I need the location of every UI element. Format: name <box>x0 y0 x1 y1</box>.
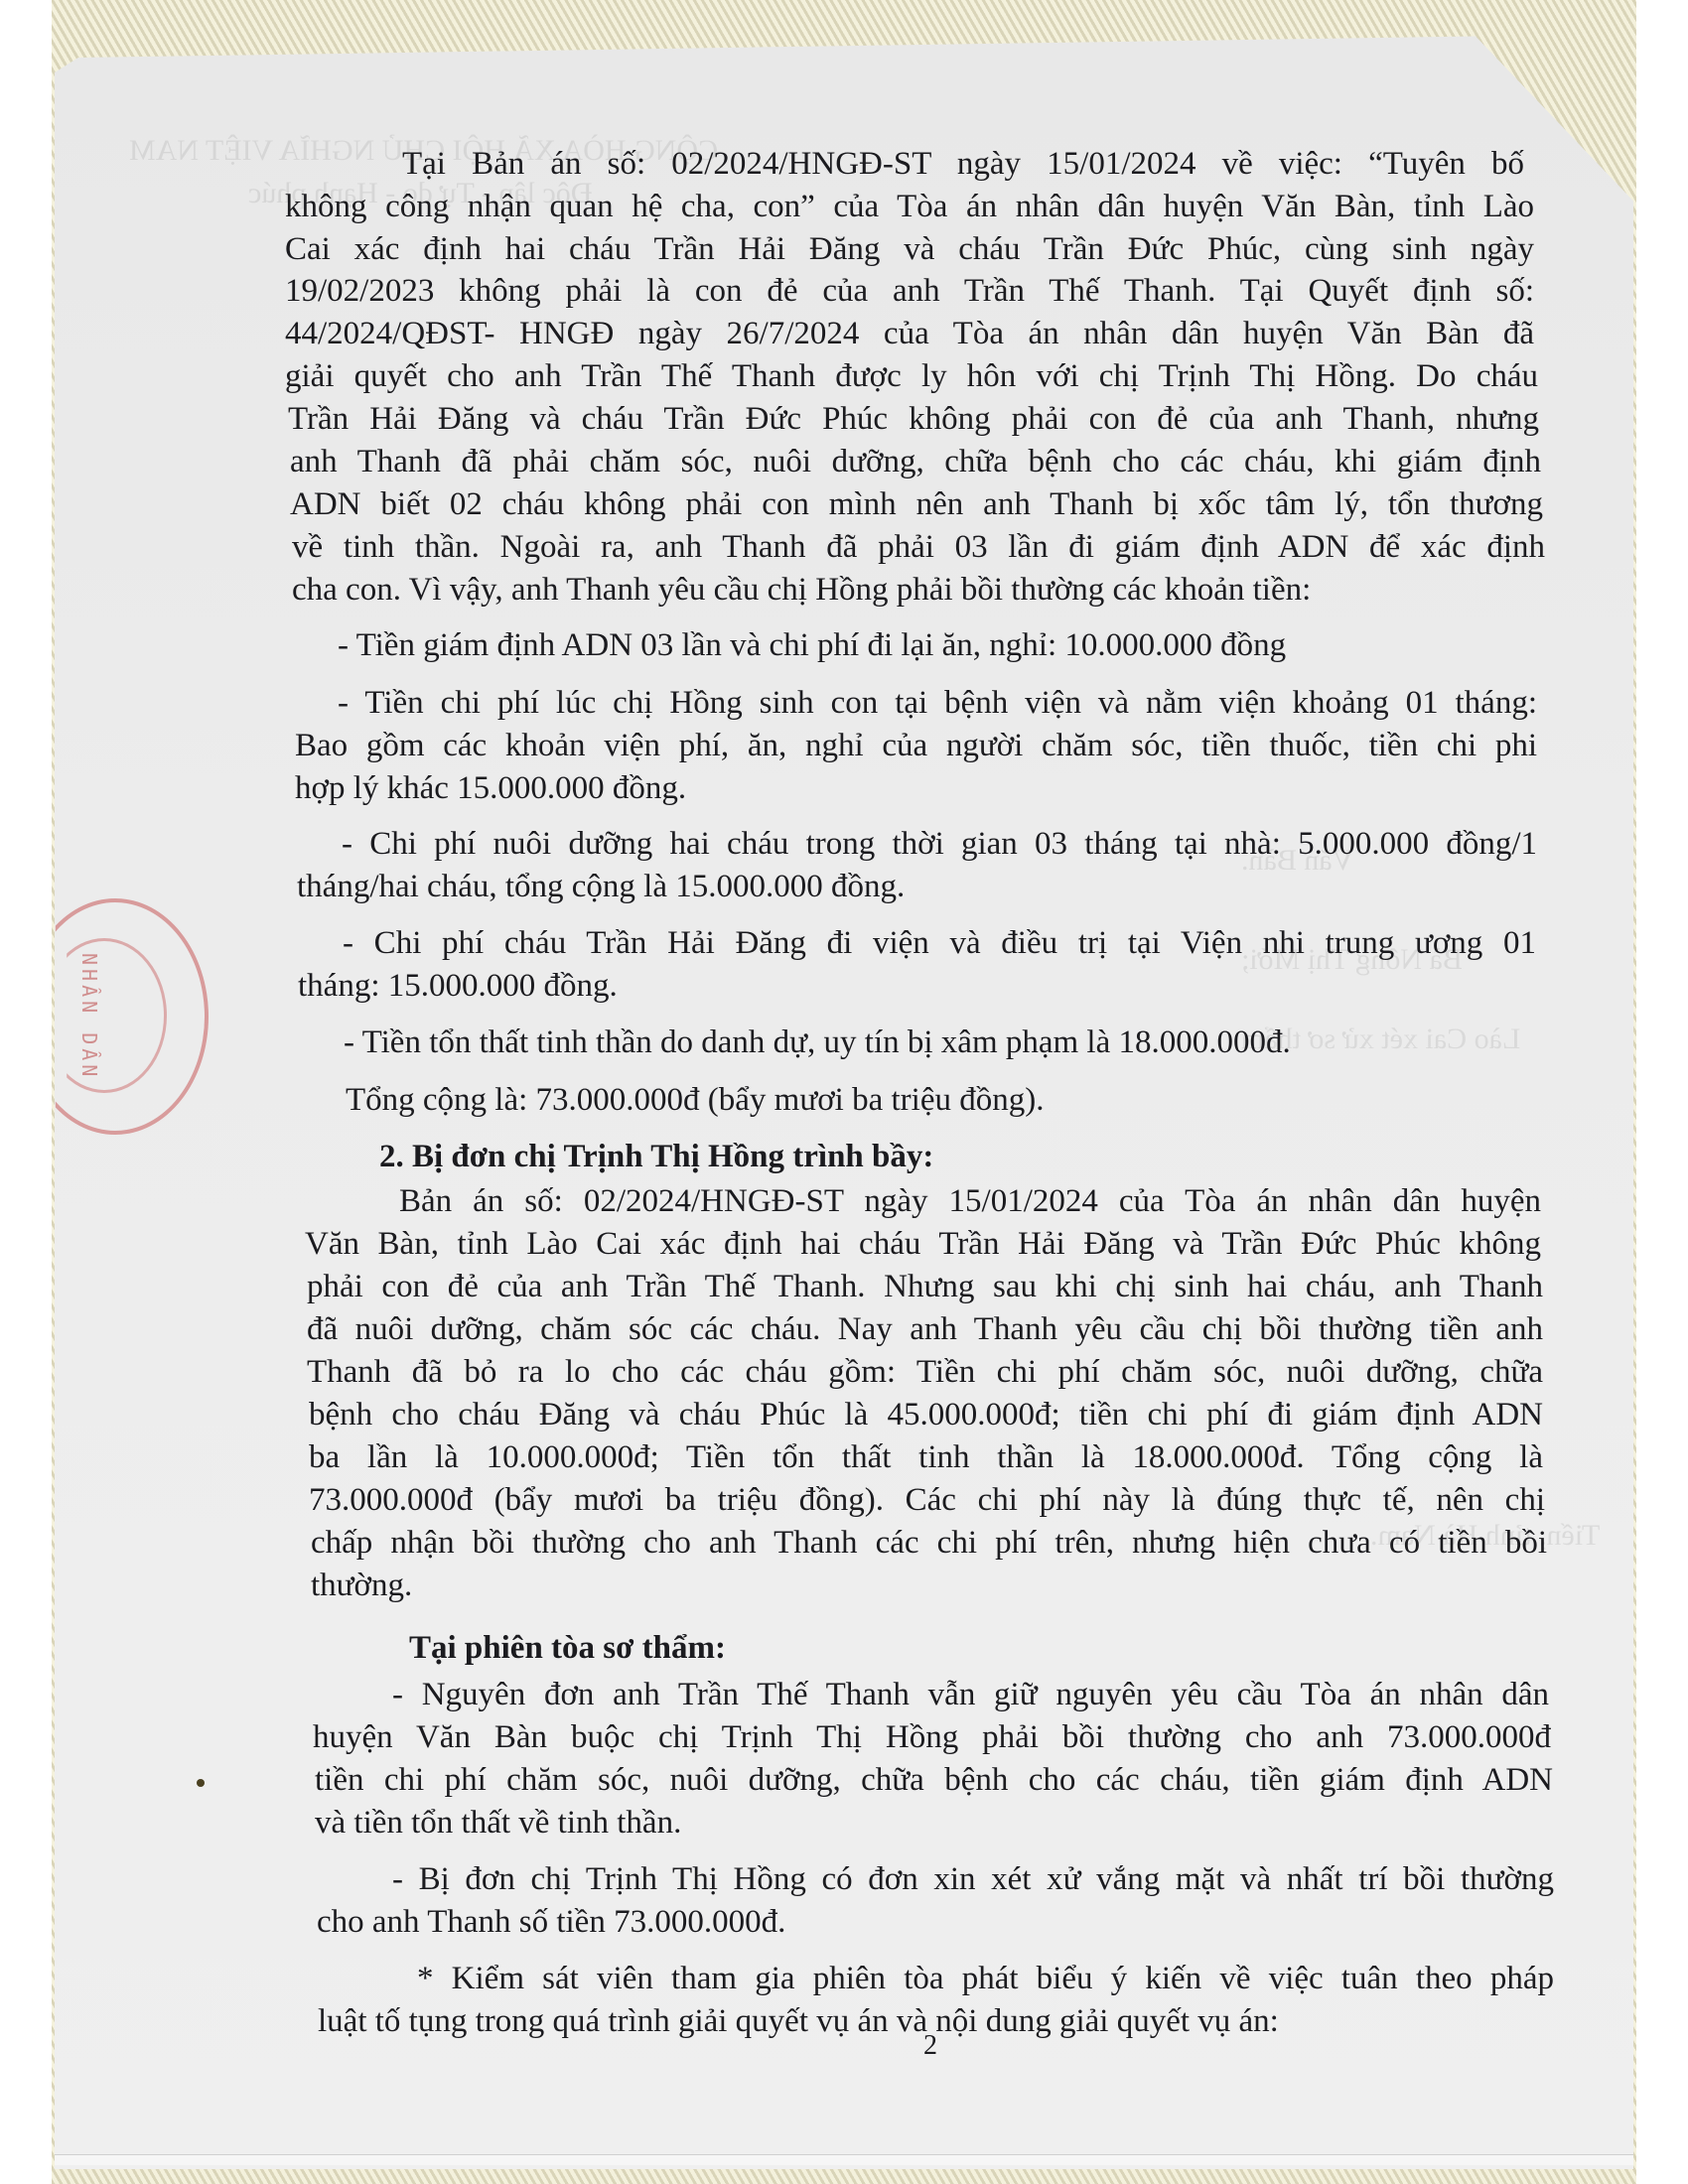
paragraph-2-line: Văn Bàn, tỉnh Lào Cai xác định hai cháu … <box>305 1224 1541 1264</box>
page-bottom-edge <box>55 2154 1633 2165</box>
total-line: Tổng cộng là: 73.000.000đ (bẩy mươi ba t… <box>346 1080 1044 1120</box>
hearing-defendant-line: - Bị đơn chị Trịnh Thị Hồng có đơn xin x… <box>392 1859 1554 1899</box>
hearing-plaintiff-line: và tiền tổn thất về tinh thần. <box>315 1803 681 1843</box>
paragraph-1-line: cha con. Vì vậy, anh Thanh yêu cầu chị H… <box>292 570 1311 610</box>
ink-spot <box>197 1779 205 1787</box>
paragraph-1-line: Cai xác định hai cháu Trần Hải Đăng và c… <box>285 229 1534 269</box>
claim-item: - Tiền tổn thất tinh thần do danh dự, uy… <box>344 1023 1291 1062</box>
claim-item: tháng/hai cháu, tổng cộng là 15.000.000 … <box>297 867 905 906</box>
section-2-heading: 2. Bị đơn chị Trịnh Thị Hồng trình bầy: <box>379 1137 933 1176</box>
paragraph-2-line: đã nuôi dưỡng, chăm sóc các cháu. Nay an… <box>307 1309 1543 1349</box>
paragraph-1-line: Tại Bản án số: 02/2024/HNGĐ-ST ngày 15/0… <box>402 144 1524 184</box>
claim-item: hợp lý khác 15.000.000 đồng. <box>295 768 686 808</box>
paragraph-1-line: Trần Hải Đăng và cháu Trần Đức Phúc khôn… <box>288 399 1539 439</box>
hearing-defendant-line: cho anh Thanh số tiền 73.000.000đ. <box>317 1902 785 1942</box>
claim-item: Bao gồm các khoản viện phí, ăn, nghỉ của… <box>295 726 1537 765</box>
procurator-line: luật tố tụng trong quá trình giải quyết … <box>318 2001 1279 2041</box>
paragraph-2-line: Bản án số: 02/2024/HNGĐ-ST ngày 15/01/20… <box>399 1181 1541 1221</box>
hearing-heading: Tại phiên tòa sơ thẩm: <box>409 1628 726 1668</box>
claim-item: - Chi phí cháu Trần Hải Đăng đi viện và … <box>343 923 1536 963</box>
court-stamp-text: NHÂN DÂN <box>77 953 101 1080</box>
paragraph-2-line: Thanh đã bỏ ra lo cho các cháu gồm: Tiền… <box>307 1352 1543 1392</box>
hearing-plaintiff-line: tiền chi phí chăm sóc, nuôi dưỡng, chữa … <box>315 1760 1553 1800</box>
claim-item: - Tiền giám định ADN 03 lần và chi phí đ… <box>338 625 1286 665</box>
paragraph-1-line: 19/02/2023 không phải là con đẻ của anh … <box>285 271 1534 311</box>
paragraph-2-line: 73.000.000đ (bẩy mươi ba triệu đồng). Cá… <box>309 1480 1545 1520</box>
claim-item: tháng: 15.000.000 đồng. <box>298 966 618 1006</box>
paragraph-1-line: về tinh thần. Ngoài ra, anh Thanh đã phả… <box>292 527 1545 567</box>
paragraph-1-line: không công nhận quan hệ cha, con” của Tò… <box>285 187 1534 226</box>
paragraph-2-line: ba lần là 10.000.000đ; Tiền tổn thất tin… <box>309 1437 1543 1477</box>
hearing-plaintiff-line: huyện Văn Bàn buộc chị Trịnh Thị Hồng ph… <box>313 1717 1551 1757</box>
page-number: 2 <box>923 2030 937 2062</box>
paragraph-1-line: 44/2024/QĐST- HNGĐ ngày 26/7/2024 của Tò… <box>285 314 1534 353</box>
paragraph-2-line: thường. <box>311 1566 412 1605</box>
paragraph-2-line: phải con đẻ của anh Trần Thế Thanh. Nhưn… <box>307 1267 1543 1306</box>
paragraph-1-line: giải quyết cho anh Trần Thế Thanh được l… <box>285 356 1538 396</box>
paragraph-2-line: bệnh cho cháu Đăng và cháu Phúc là 45.00… <box>309 1395 1543 1434</box>
paragraph-2-line: chấp nhận bồi thường cho anh Thanh các c… <box>311 1523 1547 1563</box>
hearing-plaintiff-line: - Nguyên đơn anh Trần Thế Thanh vẫn giữ … <box>392 1675 1549 1714</box>
procurator-line: * Kiểm sát viên tham gia phiên tòa phát … <box>417 1959 1554 1998</box>
claim-item: - Chi phí nuôi dưỡng hai cháu trong thời… <box>342 824 1537 864</box>
paragraph-1-line: ADN biết 02 cháu không phải con mình nên… <box>290 484 1543 524</box>
claim-item: - Tiền chi phí lúc chị Hồng sinh con tại… <box>338 683 1537 723</box>
paragraph-1-line: anh Thanh đã phải chăm sóc, nuôi dưỡng, … <box>290 442 1541 481</box>
